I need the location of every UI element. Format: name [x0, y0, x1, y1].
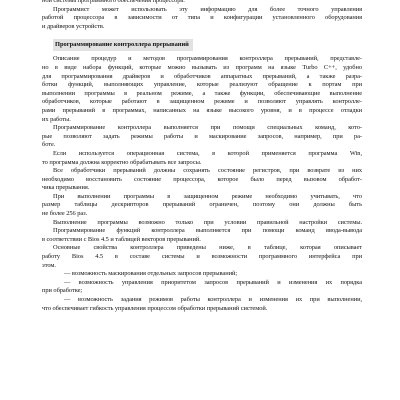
text-line: работой процессора в зависимости от типа… — [42, 14, 362, 23]
paragraph: Все обработчики прерываний должны сохран… — [42, 167, 362, 193]
text-line: работу Bios 4.5 в составе системы и возм… — [42, 253, 362, 262]
text-line: Основные свойства контроллера приведены … — [42, 244, 362, 253]
text-line: необходимо восстановить состояние процес… — [42, 176, 362, 185]
list-item: — возможность задания режимов работы кон… — [42, 296, 362, 313]
paragraph: Основные свойства контроллера приведены … — [42, 244, 362, 270]
text-line: Все обработчики прерываний должны сохран… — [42, 167, 362, 176]
text-line: ботки функций, выполняющих управление, к… — [42, 81, 362, 90]
text-line: размер таблицы дескрипторов прерываний о… — [42, 201, 362, 210]
text-line: их работы. — [42, 116, 362, 125]
text-line: выполнении программы в реальном режиме, … — [42, 90, 362, 99]
paragraph: Программирование контроллера выполняется… — [42, 124, 362, 150]
text-line: чика прерывания. — [42, 184, 362, 193]
text-line: При выполнении программы в защищенном ре… — [42, 193, 362, 202]
text-line: что обеспечивает гибкость управления про… — [42, 305, 362, 314]
paragraph: Если используется операционная система, … — [42, 150, 362, 167]
text-line: Программирование функций контроллера вып… — [42, 227, 362, 236]
text-line: рами прерываний в программах, написанных… — [42, 107, 362, 116]
text-line: Описание процедур и методов программиров… — [42, 55, 362, 64]
paragraph: Программист может использовать эту инфор… — [42, 6, 362, 32]
list-item: — возможность маскирования отдельных зап… — [42, 270, 362, 279]
text-line: обработчиков, которые работают в защищен… — [42, 98, 362, 107]
text-line: этом. — [42, 262, 362, 271]
text-line: при обработке; — [42, 287, 362, 296]
text-line: Выполнение программы возможно только при… — [42, 219, 362, 228]
text-line: боте. — [42, 141, 362, 150]
text-line: не более 256 раз. — [42, 210, 362, 219]
text-line: — возможность управления приоритетом зап… — [42, 279, 362, 288]
text-line: рые позволяют задать режимы работы и мас… — [42, 133, 362, 142]
paragraph: Программирование функций контроллера вып… — [42, 227, 362, 244]
highlighted-heading-text: Программирование контроллера прерываний — [53, 39, 193, 51]
text-line: то программа должна корректно обрабатыва… — [42, 159, 362, 168]
text-line: и драйверов устройств. — [42, 23, 362, 32]
section-heading: Программирование контроллера прерываний — [42, 33, 362, 45]
paragraph: Описание процедур и методов программиров… — [42, 55, 362, 124]
text-line: — возможность задания режимов работы кон… — [42, 296, 362, 305]
paragraph: При выполнении программы в защищенном ре… — [42, 193, 362, 219]
document-page: ной системы программного обеспечения про… — [42, 0, 362, 313]
paragraph: Выполнение программы возможно только при… — [42, 219, 362, 228]
text-line: для программирования драйверов и обработ… — [42, 73, 362, 82]
text-line: но в виде набора функций, которые можно … — [42, 64, 362, 73]
text-line: в соответствии с Bios 4.5 и таблицей век… — [42, 236, 362, 245]
text-line: Программист может использовать эту инфор… — [42, 6, 362, 15]
list-item: — возможность управления приоритетом зап… — [42, 279, 362, 296]
text-line: Программирование контроллера выполняется… — [42, 124, 362, 133]
text-line: Если используется операционная система, … — [42, 150, 362, 159]
bullet-list: — возможность маскирования отдельных зап… — [42, 270, 362, 313]
text-line: — возможность маскирования отдельных зап… — [42, 270, 362, 279]
